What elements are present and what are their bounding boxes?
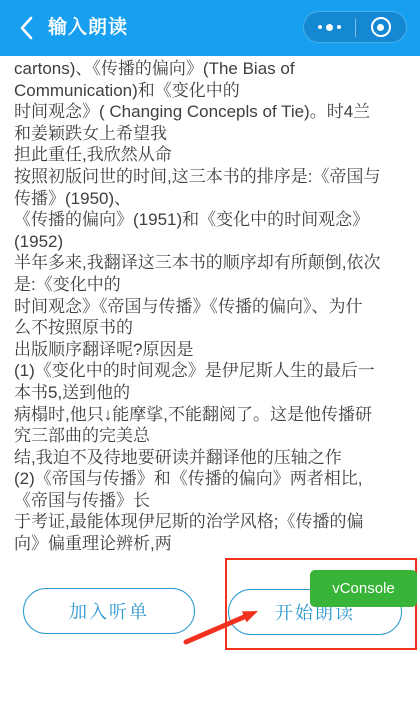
text-line: 传播》(1950)、 [14,188,414,210]
text-line: 病榻时,他只↓能摩挲,不能翻阅了。这是他传播研 [14,404,414,426]
text-line: 结,我迫不及待地要研读并翻译他的压轴之作 [14,447,414,469]
add-to-playlist-button[interactable]: 加入听单 [23,588,195,634]
text-line: 究三部曲的完美总 [14,425,414,447]
exit-button[interactable] [356,12,407,42]
navbar: 输入朗读 [0,0,420,56]
text-line: 是:《变化中的 [14,274,414,296]
more-button[interactable] [304,12,355,42]
page-title: 输入朗读 [48,0,128,56]
text-line: cartons)、《传播的偏向》(The Bias of [14,58,414,80]
text-line: Communication)和《变化中的 [14,80,414,102]
text-line: (1)《变化中的时间观念》是伊尼斯人生的最后一 [14,360,414,382]
back-button[interactable] [10,12,42,44]
text-line: 担此重任,我欣然从命 [14,144,414,166]
text-line: 《传播的偏向》(1951)和《变化中的时间观念》 [14,209,414,231]
text-line: 本书5,送到他的 [14,382,414,404]
text-line: 半年多来,我翻译这三本书的顺序却有所颠倒,依次 [14,252,414,274]
vconsole-button[interactable]: vConsole [310,570,417,607]
text-line: (1952) [14,231,414,253]
capsule-menu [303,11,407,43]
record-circle-icon [371,17,391,37]
text-line: 时间观念》《帝国与传播》《传播的偏向》、为什 [14,296,414,318]
text-line: 《帝国与传播》长 [14,490,414,512]
text-line: 时间观念》( Changing Concepls of Tie)。时4兰 [14,101,414,123]
text-line: 按照初版问世的时间,这三本书的排序是:《帝国与 [14,166,414,188]
text-line: 么不按照原书的 [14,317,414,339]
ellipsis-dots-icon [318,24,341,31]
text-line: 和姜颖跌女上希望我 [14,123,414,145]
chevron-left-icon [20,16,33,40]
text-line: 向》偏重理论辨析,两 [14,533,414,555]
text-line: 出版顺序翻译呢?原因是 [14,339,414,361]
text-line: 于考证,最能体现伊尼斯的治学风格;《传播的偏 [14,511,414,533]
text-line: (2)《帝国与传播》和《传播的偏向》两者相比, [14,468,414,490]
reading-text: cartons)、《传播的偏向》(The Bias ofCommunicatio… [14,58,414,555]
mini-program-screen: 输入朗读 cartons)、《传播的偏向》(The Bias ofCommuni… [0,0,420,707]
